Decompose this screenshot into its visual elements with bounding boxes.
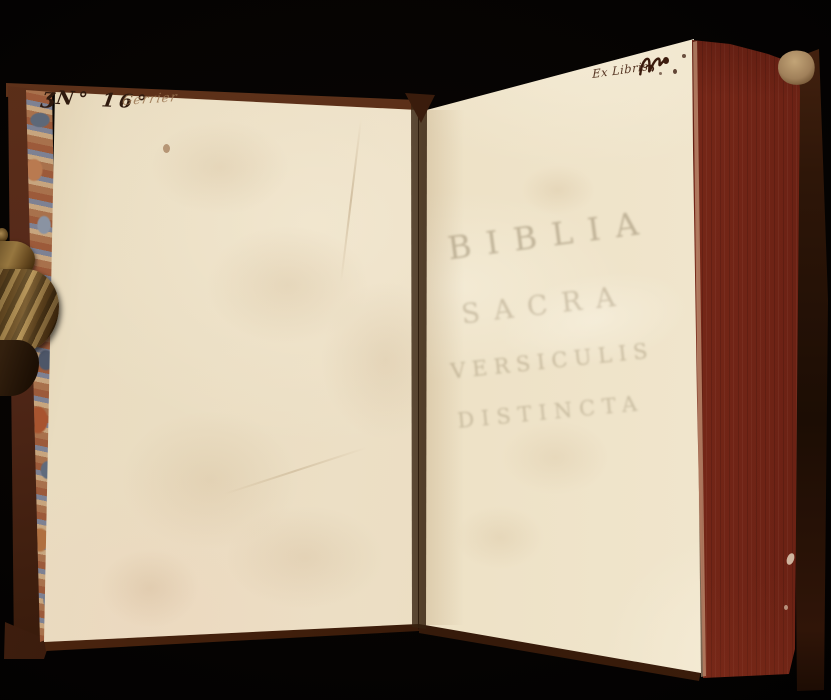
- vellum-crease: [340, 118, 362, 282]
- ink-spot: [682, 54, 686, 58]
- page-stain: [150, 120, 290, 215]
- showthrough-title-line4: DISTINCTA: [456, 391, 645, 433]
- ink-spot: [659, 72, 662, 75]
- ink-speck: [163, 144, 170, 153]
- showthrough-title-line1: BIBLIA: [445, 203, 655, 268]
- showthrough-title-line2: SACRA: [460, 281, 631, 331]
- clasp-glint: [0, 228, 8, 242]
- page-stain: [520, 165, 595, 215]
- page-stain: [100, 548, 200, 628]
- page-stain: [500, 420, 610, 495]
- vellum-crease: [223, 447, 366, 495]
- ink-spot: [663, 57, 669, 64]
- showthrough-title-line3: VERSICULIS: [449, 338, 655, 383]
- ink-spot: [673, 69, 677, 74]
- edge-scuff: [784, 605, 788, 610]
- page-stain: [225, 505, 385, 610]
- antique-book-photo: BIBLIA SACRA VERSICULIS DISTINCTA ʒN° 16…: [0, 0, 831, 700]
- ink-paraph-flourish: [634, 49, 672, 82]
- page-stain: [455, 505, 545, 570]
- page-stain: [205, 225, 370, 345]
- page-stain: [120, 410, 300, 550]
